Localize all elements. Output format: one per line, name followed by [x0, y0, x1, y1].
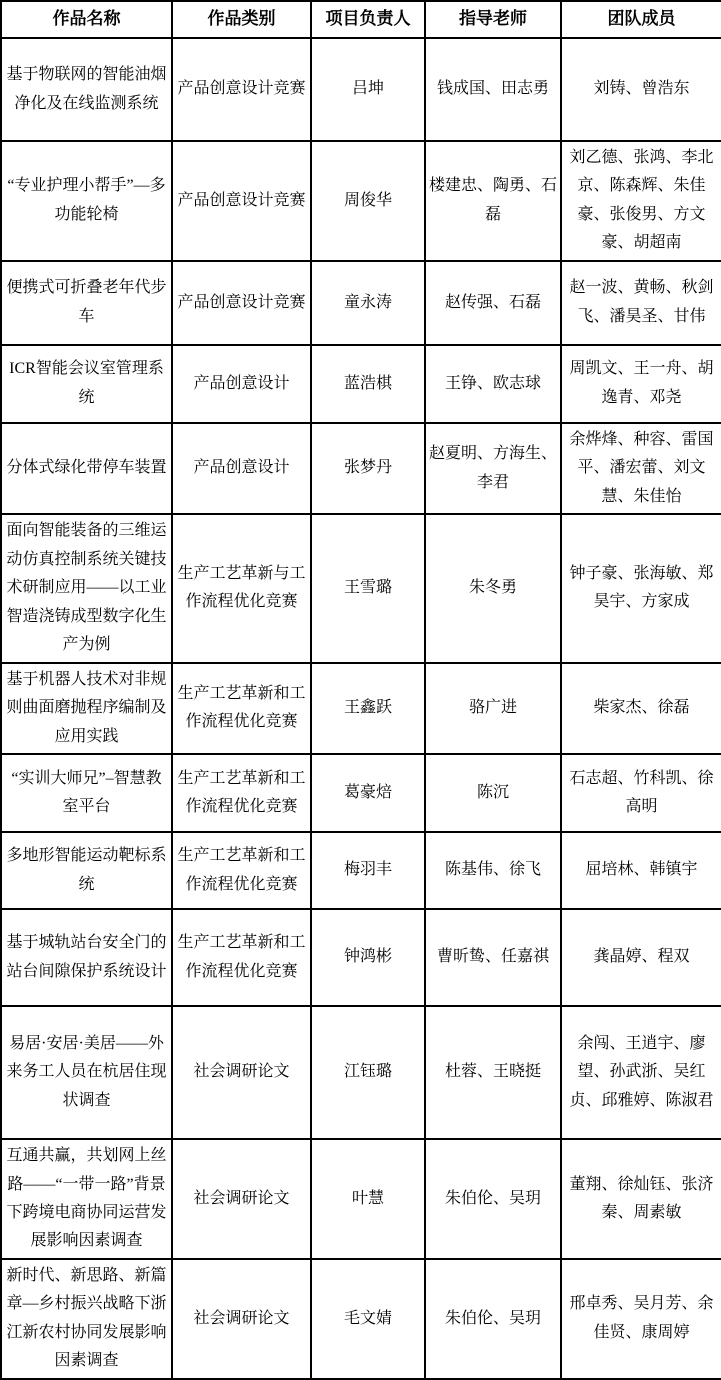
cell-work-category: 产品创意设计竞赛 — [172, 38, 311, 141]
header-cell-teachers: 指导老师 — [425, 1, 561, 38]
cell-team-members: 周凯文、王一舟、胡逸青、邓尧 — [561, 345, 721, 423]
cell-advisors: 曹昕鸷、任嘉祺 — [425, 909, 561, 1006]
cell-work-category: 生产工艺革新和工作流程优化竞赛 — [172, 754, 311, 832]
cell-team-members: 刘乙德、张鸿、李北京、陈森辉、朱佳豪、张俊男、方文豪、胡超南 — [561, 141, 721, 261]
header-cell-leader: 项目负责人 — [311, 1, 425, 38]
cell-advisors: 陈沉 — [425, 754, 561, 832]
cell-team-members: 柴家杰、徐磊 — [561, 663, 721, 754]
cell-advisors: 钱成国、田志勇 — [425, 38, 561, 141]
cell-project-leader: 葛豪焙 — [311, 754, 425, 832]
table-row: 互通共赢，共划网上丝路——“一带一路”背景下跨境电商协同运营发展影响因素调查社会… — [1, 1139, 721, 1259]
cell-team-members: 刘铸、曾浩东 — [561, 38, 721, 141]
table-row: 基于城轨站台安全门的站台间隙保护系统设计生产工艺革新和工作流程优化竞赛钟鸿彬曹昕… — [1, 909, 721, 1006]
cell-work-title: 互通共赢，共划网上丝路——“一带一路”背景下跨境电商协同运营发展影响因素调查 — [1, 1139, 172, 1259]
cell-advisors: 陈基伟、徐飞 — [425, 832, 561, 909]
cell-work-category: 生产工艺革新和工作流程优化竞赛 — [172, 832, 311, 909]
table-row: 易居·安居·美居——外来务工人员在杭居住现状调查社会调研论文江钰璐杜蓉、王晓挺余… — [1, 1006, 721, 1139]
cell-work-category: 产品创意设计 — [172, 423, 311, 514]
cell-team-members: 赵一波、黄畅、秋剑飞、潘昊圣、甘伟 — [561, 261, 721, 345]
cell-team-members: 钟子豪、张海敏、郑昊宇、方家成 — [561, 514, 721, 662]
cell-work-title: 易居·安居·美居——外来务工人员在杭居住现状调查 — [1, 1006, 172, 1139]
cell-work-title: 基于城轨站台安全门的站台间隙保护系统设计 — [1, 909, 172, 1006]
cell-work-title: “实训大师兄”–智慧教室平台 — [1, 754, 172, 832]
cell-project-leader: 钟鸿彬 — [311, 909, 425, 1006]
cell-project-leader: 毛文婧 — [311, 1259, 425, 1379]
cell-work-title: 新时代、新思路、新篇章—乡村振兴战略下浙江新农村协同发展影响因素调查 — [1, 1259, 172, 1379]
table-row: 基于机器人技术对非规则曲面磨抛程序编制及应用实践生产工艺革新和工作流程优化竞赛王… — [1, 663, 721, 754]
cell-team-members: 龚晶婷、程双 — [561, 909, 721, 1006]
cell-work-title: 分体式绿化带停车装置 — [1, 423, 172, 514]
table-header-row: 作品名称作品类别项目负责人指导老师团队成员 — [1, 1, 721, 38]
header-cell-members: 团队成员 — [561, 1, 721, 38]
cell-team-members: 董翔、徐灿钰、张济秦、周素敏 — [561, 1139, 721, 1259]
cell-team-members: 余闯、王逍宇、廖望、孙武浙、吴红贞、邱雅婷、陈淑君 — [561, 1006, 721, 1139]
cell-work-category: 生产工艺革新与工作流程优化竞赛 — [172, 514, 311, 662]
table-row: “专业护理小帮手”—多功能轮椅产品创意设计竞赛周俊华楼建忠、陶勇、石磊刘乙德、张… — [1, 141, 721, 261]
cell-project-leader: 王鑫跃 — [311, 663, 425, 754]
cell-work-title: 基于机器人技术对非规则曲面磨抛程序编制及应用实践 — [1, 663, 172, 754]
cell-project-leader: 叶慧 — [311, 1139, 425, 1259]
cell-project-leader: 张梦丹 — [311, 423, 425, 514]
cell-work-category: 产品创意设计 — [172, 345, 311, 423]
cell-work-category: 产品创意设计竞赛 — [172, 261, 311, 345]
cell-project-leader: 江钰璐 — [311, 1006, 425, 1139]
cell-work-category: 生产工艺革新和工作流程优化竞赛 — [172, 663, 311, 754]
cell-advisors: 骆广进 — [425, 663, 561, 754]
cell-advisors: 杜蓉、王晓挺 — [425, 1006, 561, 1139]
cell-work-title: 基于物联网的智能油烟净化及在线监测系统 — [1, 38, 172, 141]
cell-work-category: 社会调研论文 — [172, 1006, 311, 1139]
cell-work-category: 生产工艺革新和工作流程优化竞赛 — [172, 909, 311, 1006]
header-cell-category: 作品类别 — [172, 1, 311, 38]
cell-project-leader: 童永涛 — [311, 261, 425, 345]
table-row: 便携式可折叠老年代步车产品创意设计竞赛童永涛赵传强、石磊赵一波、黄畅、秋剑飞、潘… — [1, 261, 721, 345]
cell-project-leader: 蓝浩棋 — [311, 345, 425, 423]
cell-work-title: ICR智能会议室管理系统 — [1, 345, 172, 423]
cell-project-leader: 吕坤 — [311, 38, 425, 141]
cell-advisors: 楼建忠、陶勇、石磊 — [425, 141, 561, 261]
table-body: 基于物联网的智能油烟净化及在线监测系统产品创意设计竞赛吕坤钱成国、田志勇刘铸、曾… — [1, 38, 721, 1379]
cell-project-leader: 梅羽丰 — [311, 832, 425, 909]
cell-advisors: 朱伯伦、吴玥 — [425, 1139, 561, 1259]
cell-work-title: 便携式可折叠老年代步车 — [1, 261, 172, 345]
table-row: 分体式绿化带停车装置产品创意设计张梦丹赵夏明、方海生、李君余烨烽、种容、雷国平、… — [1, 423, 721, 514]
table-row: 新时代、新思路、新篇章—乡村振兴战略下浙江新农村协同发展影响因素调查社会调研论文… — [1, 1259, 721, 1379]
cell-work-category: 社会调研论文 — [172, 1259, 311, 1379]
cell-work-category: 产品创意设计竞赛 — [172, 141, 311, 261]
table-row: “实训大师兄”–智慧教室平台生产工艺革新和工作流程优化竞赛葛豪焙陈沉石志超、竹科… — [1, 754, 721, 832]
cell-advisors: 朱伯伦、吴玥 — [425, 1259, 561, 1379]
cell-team-members: 邢卓秀、吴月芳、余佳贤、康周婷 — [561, 1259, 721, 1379]
header-cell-title: 作品名称 — [1, 1, 172, 38]
cell-advisors: 赵传强、石磊 — [425, 261, 561, 345]
table-row: ICR智能会议室管理系统产品创意设计蓝浩棋王铮、欧志球周凯文、王一舟、胡逸青、邓… — [1, 345, 721, 423]
cell-work-title: 多地形智能运动靶标系统 — [1, 832, 172, 909]
cell-team-members: 石志超、竹科凯、徐高明 — [561, 754, 721, 832]
cell-team-members: 屈培林、韩镇宇 — [561, 832, 721, 909]
cell-work-title: 面向智能装备的三维运动仿真控制系统关键技术研制应用——以工业智造浇铸成型数字化生… — [1, 514, 172, 662]
cell-work-category: 社会调研论文 — [172, 1139, 311, 1259]
cell-project-leader: 周俊华 — [311, 141, 425, 261]
table-row: 面向智能装备的三维运动仿真控制系统关键技术研制应用——以工业智造浇铸成型数字化生… — [1, 514, 721, 662]
cell-team-members: 余烨烽、种容、雷国平、潘宏蕾、刘文慧、朱佳怡 — [561, 423, 721, 514]
competition-works-table: 作品名称作品类别项目负责人指导老师团队成员 基于物联网的智能油烟净化及在线监测系… — [0, 0, 721, 1380]
cell-advisors: 王铮、欧志球 — [425, 345, 561, 423]
table-row: 多地形智能运动靶标系统生产工艺革新和工作流程优化竞赛梅羽丰陈基伟、徐飞屈培林、韩… — [1, 832, 721, 909]
table-row: 基于物联网的智能油烟净化及在线监测系统产品创意设计竞赛吕坤钱成国、田志勇刘铸、曾… — [1, 38, 721, 141]
cell-work-title: “专业护理小帮手”—多功能轮椅 — [1, 141, 172, 261]
cell-project-leader: 王雪璐 — [311, 514, 425, 662]
cell-advisors: 赵夏明、方海生、李君 — [425, 423, 561, 514]
cell-advisors: 朱冬勇 — [425, 514, 561, 662]
